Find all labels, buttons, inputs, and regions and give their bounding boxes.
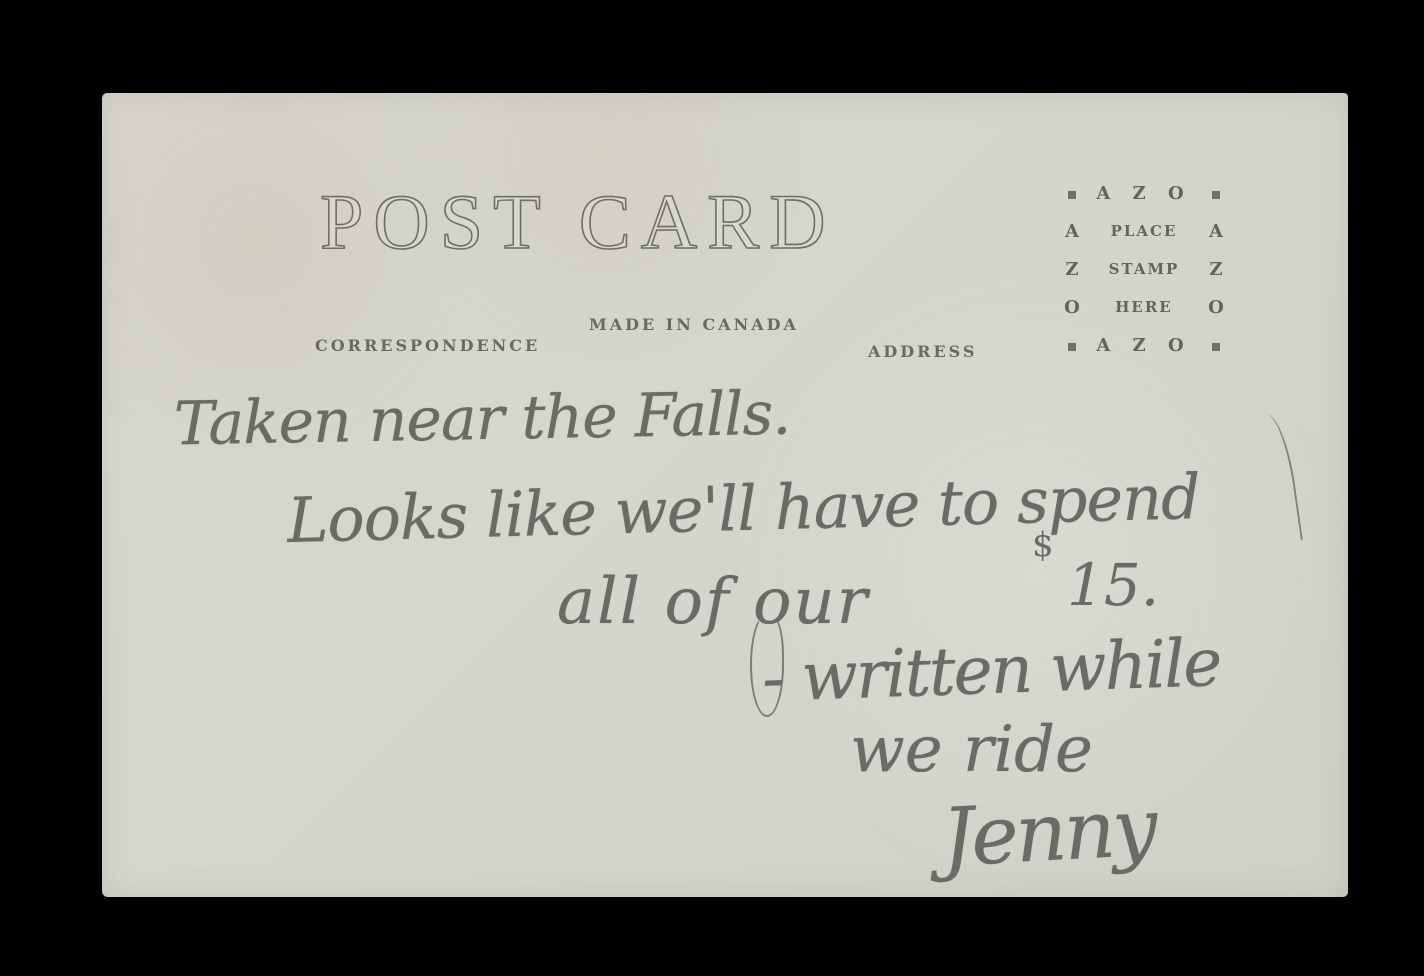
pencil-tail-stroke [1253,411,1303,544]
stamp-box-top-row: A Z O [1064,183,1224,203]
corner-square-icon [1208,183,1224,204]
stamp-box-row-place: A PLACE A [1064,221,1224,241]
handwritten-line: Looks like we'll have to spend [286,466,1200,552]
post-card-heading: POST CARD [320,183,836,261]
stamp-left-letter: A [1064,221,1080,242]
stamp-box: A Z O A PLACE A Z STAMP Z O HERE O A Z O [1064,183,1224,363]
handwritten-line: we ride [850,718,1093,782]
handwritten-line: - written while [761,630,1221,712]
correspondence-label: CORRESPONDENCE [315,338,540,354]
stamp-right-letter: A [1208,221,1224,242]
made-in-canada-label: MADE IN CANADA [589,317,799,333]
stamp-left-letter: O [1064,297,1080,318]
corner-square-icon [1208,335,1224,356]
pencil-loop-stroke [750,613,784,717]
stamp-right-letter: O [1208,297,1224,318]
stamp-azo-top: A Z O [1080,183,1208,204]
postcard-back: POST CARD MADE IN CANADA CORRESPONDENCE … [102,93,1348,897]
corner-square-icon [1064,335,1080,356]
handwritten-amount: 15. [1067,551,1159,619]
stamp-box-row-stamp: Z STAMP Z [1064,259,1224,279]
stamp-stamp-text: STAMP [1080,260,1208,278]
stamp-right-letter: Z [1208,259,1224,280]
address-label: ADDRESS [868,344,977,360]
stamp-box-row-here: O HERE O [1064,297,1224,317]
stamp-azo-bottom: A Z O [1080,335,1208,356]
dollar-sign: $ [1032,525,1054,565]
handwritten-line: Taken near the Falls. [174,384,791,455]
stamp-place-text: PLACE [1080,222,1208,240]
photo-background: POST CARD MADE IN CANADA CORRESPONDENCE … [0,0,1424,976]
handwritten-signature: Jenny [940,787,1157,878]
stamp-box-bottom-row: A Z O [1064,335,1224,355]
handwritten-line: all of our [557,570,869,634]
stamp-left-letter: Z [1064,259,1080,280]
corner-square-icon [1064,183,1080,204]
stamp-here-text: HERE [1080,298,1208,316]
